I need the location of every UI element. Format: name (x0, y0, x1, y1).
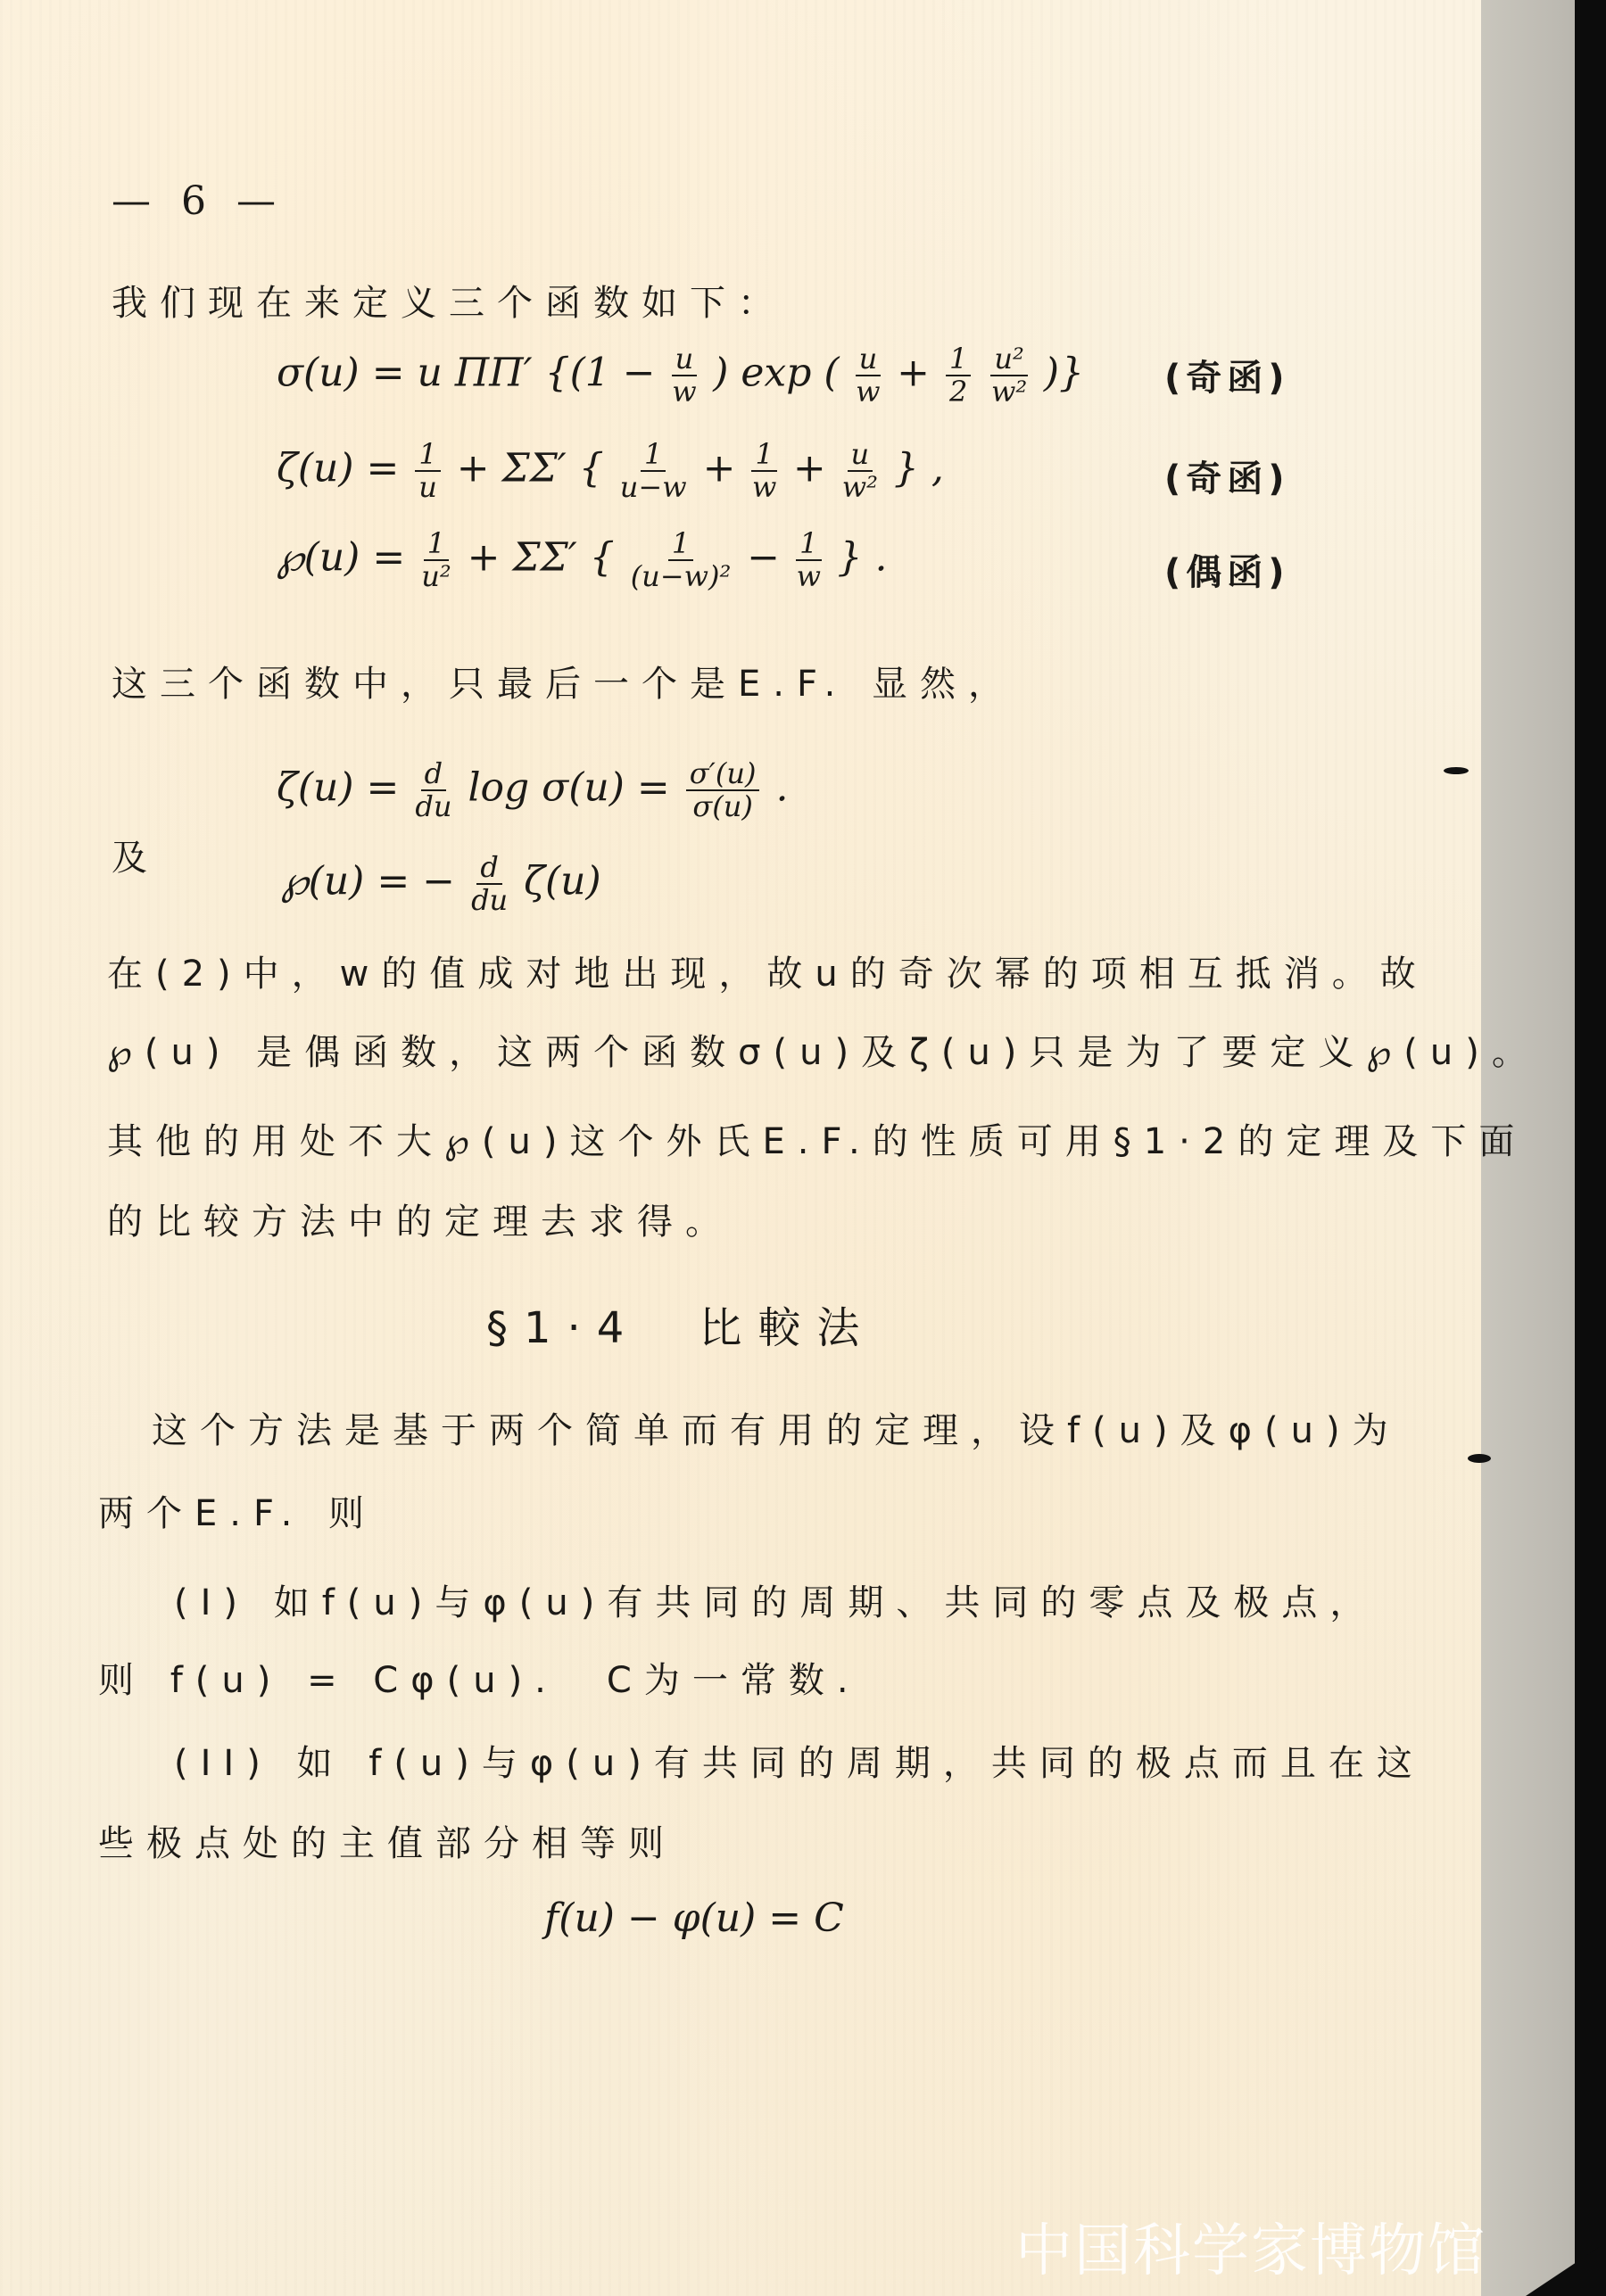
text-after-definitions: 这三个函数中，只最后一个是E.F. 显然， (112, 656, 1016, 706)
label-odd-function-zeta: (奇函) (1164, 450, 1290, 501)
fraction: uw (672, 343, 698, 408)
paragraph-line: 两个E.F. 则 (98, 1485, 377, 1536)
paragraph-line: 这个方法是基于两个简单而有用的定理，设f(u)及φ(u)为 (152, 1402, 1401, 1453)
label-even-function-wp: (偶函) (1164, 544, 1290, 595)
fraction: u²w² (990, 343, 1027, 408)
final-equation: f(u) − φ(u) = C (544, 1895, 844, 1941)
fraction: 1w (751, 439, 776, 503)
intro-text: 我们现在来定义三个函数如下： (112, 275, 786, 326)
fraction: 1u (415, 439, 440, 503)
equation-weierstrass-p: ℘(u) = 1u² + ΣΣ′ { 1(u−w)² − 1w } . (277, 528, 888, 592)
ink-blot (1468, 1454, 1491, 1463)
fraction: 1u−w (620, 439, 687, 503)
and-label: 及 (112, 830, 160, 880)
fraction: σ′(u)σ(u) (686, 758, 760, 822)
paragraph-line: ℘(u) 是偶函数，这两个函数σ(u)及ζ(u)只是为了要定义℘(u)。 (107, 1024, 1540, 1075)
fraction: 1(u−w)² (631, 528, 732, 592)
equation-zeta-log-derivative: ζ(u) = ddu log σ(u) = σ′(u)σ(u) . (277, 758, 788, 822)
ink-blot (1444, 767, 1469, 774)
equation-sigma: σ(u) = u ΠΠ′ {(1 − uw ) exp ( uw + 12 u²… (277, 343, 1084, 408)
fraction: 1w (796, 528, 821, 592)
fraction: uw² (842, 439, 878, 503)
black-background-corner (1526, 2242, 1606, 2296)
section-heading: §1·4 比較法 (486, 1293, 875, 1355)
theorem-1-line: 则 f(u) = Cφ(u). C为一常数. (98, 1652, 861, 1703)
equation-wp-derivative: ℘(u) = − ddu ζ(u) (281, 852, 601, 916)
fraction: ddu (471, 852, 508, 916)
theorem-1-line: (I) 如f(u)与φ(u)有共同的周期、共同的零点及极点， (174, 1574, 1378, 1625)
theorem-2-line: (II) 如 f(u)与φ(u)有共同的周期，共同的极点而且在这 (174, 1735, 1425, 1786)
theorem-2-line: 些极点处的主值部分相等则 (98, 1815, 676, 1866)
fraction: uw (856, 343, 882, 408)
museum-watermark: 中国科学家博物馆 (1015, 2205, 1486, 2287)
paragraph-line: 在(2)中，w的值成对地出现，故u的奇次幂的项相互抵消。故 (107, 946, 1428, 996)
paragraph-line: 的比较方法中的定理去求得。 (107, 1193, 733, 1244)
paragraph-line: 其他的用处不大℘(u)这个外氏E.F.的性质可用§1·2的定理及下面 (107, 1113, 1527, 1164)
black-background-edge (1575, 0, 1606, 2296)
fraction: 12 (946, 343, 971, 408)
page-number: — 6 — (112, 178, 285, 224)
fraction: ddu (415, 758, 451, 822)
fraction: 1u² (421, 528, 451, 592)
label-odd-function-sigma: (奇函) (1164, 350, 1290, 401)
equation-zeta: ζ(u) = 1u + ΣΣ′ { 1u−w + 1w + uw² } , (277, 439, 944, 503)
